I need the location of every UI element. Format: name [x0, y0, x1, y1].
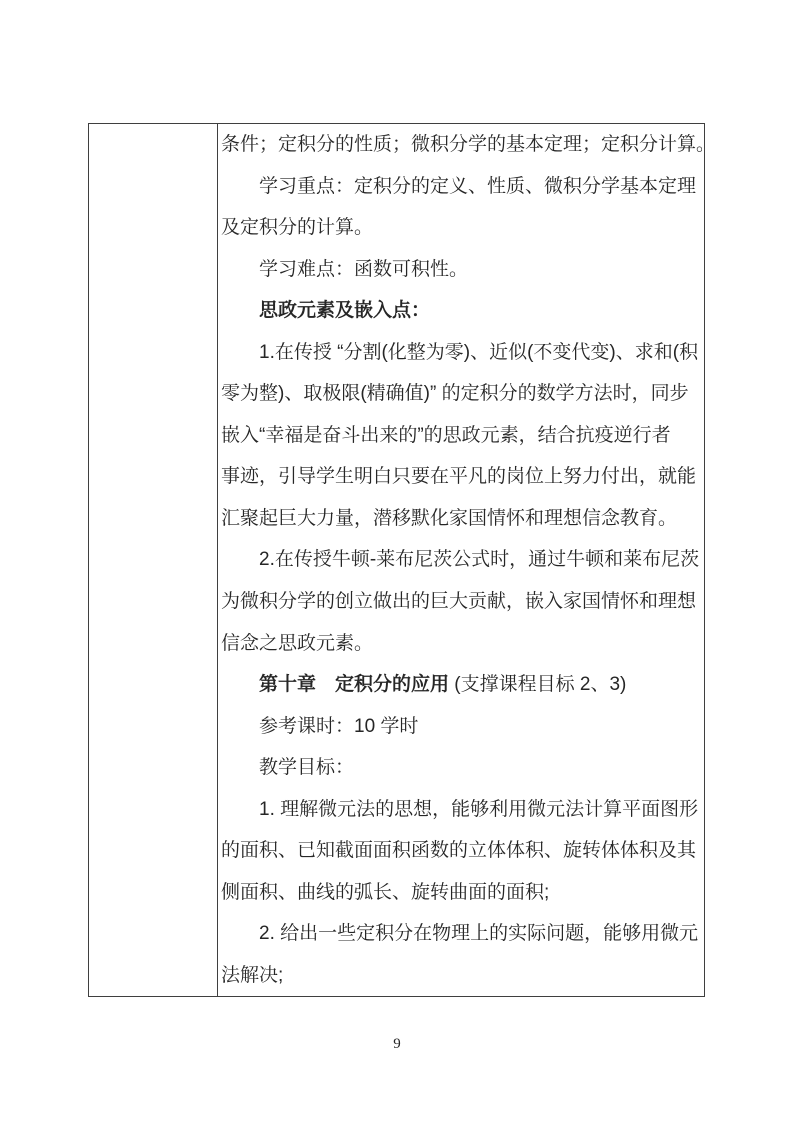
- text-line: 为微积分学的创立做出的巨大贡献，嵌入家国情怀和理想: [221, 581, 702, 623]
- text-line: 1.在传授 “分割(化整为零)、近似(不变代变)、求和(积: [221, 332, 702, 374]
- text-line: 2.在传授牛顿-莱布尼茨公式时，通过牛顿和莱布尼茨: [221, 539, 702, 581]
- text-segment: 教学目标：: [259, 757, 354, 778]
- text-line: 条件；定积分的性质；微积分学的基本定理；定积分计算。: [221, 124, 702, 166]
- text-line: 及定积分的计算。: [221, 207, 702, 249]
- text-segment: 侧面积、曲线的弧长、旋转曲面的面积;: [221, 882, 549, 903]
- text-segment: 的面积、已知截面面积函数的立体体积、旋转体体积及其: [221, 840, 696, 861]
- text-line: 学习难点：函数可积性。: [221, 249, 702, 291]
- text-line: 的面积、已知截面面积函数的立体体积、旋转体体积及其: [221, 830, 702, 872]
- text-segment: 1. 理解微元法的思想，能够利用微元法计算平面图形: [259, 799, 698, 820]
- text-segment: 学习重点：定积分的定义、性质、微积分学基本定理: [259, 176, 696, 197]
- text-segment: 及定积分的计算。: [221, 217, 373, 238]
- text-line: 参考课时：10 学时: [221, 706, 702, 748]
- text-line: 零为整)、取极限(精确值)” 的定积分的数学方法时，同步: [221, 373, 702, 415]
- text-line: 2. 给出一些定积分在物理上的实际问题，能够用微元: [221, 913, 702, 955]
- page-number: 9: [0, 1036, 794, 1053]
- text-segment: 零为整)、取极限(精确值)” 的定积分的数学方法时，同步: [221, 383, 689, 404]
- table-right-cell: 条件；定积分的性质；微积分学的基本定理；定积分计算。学习重点：定积分的定义、性质…: [218, 124, 704, 996]
- bold-text-segment: 第十章 定积分的应用: [259, 674, 449, 695]
- text-segment: 2. 给出一些定积分在物理上的实际问题，能够用微元: [259, 923, 698, 944]
- text-segment: 汇聚起巨大力量，潜移默化家国情怀和理想信念教育。: [221, 508, 677, 529]
- text-segment: 学习难点：函数可积性。: [259, 259, 468, 280]
- text-segment: 法解决;: [221, 965, 283, 986]
- text-line: 侧面积、曲线的弧长、旋转曲面的面积;: [221, 872, 702, 914]
- text-line: 信念之思政元素。: [221, 623, 702, 665]
- text-line: 思政元素及嵌入点：: [221, 290, 702, 332]
- text-segment: 为微积分学的创立做出的巨大贡献，嵌入家国情怀和理想: [221, 591, 696, 612]
- text-segment: (支撑课程目标 2、3): [449, 674, 626, 695]
- text-segment: 1.在传授 “分割(化整为零)、近似(不变代变)、求和(积: [259, 342, 698, 363]
- text-segment: 嵌入“幸福是奋斗出来的”的思政元素，结合抗疫逆行者: [221, 425, 671, 446]
- table-left-cell: [89, 124, 218, 996]
- text-line: 第十章 定积分的应用 (支撑课程目标 2、3): [221, 664, 702, 706]
- document-page: 条件；定积分的性质；微积分学的基本定理；定积分计算。学习重点：定积分的定义、性质…: [0, 0, 794, 1123]
- text-segment: 2.在传授牛顿-莱布尼茨公式时，通过牛顿和莱布尼茨: [259, 549, 699, 570]
- text-segment: 参考课时：10 学时: [259, 716, 418, 737]
- text-line: 汇聚起巨大力量，潜移默化家国情怀和理想信念教育。: [221, 498, 702, 540]
- bold-text-segment: 思政元素及嵌入点：: [259, 300, 430, 321]
- content-table: 条件；定积分的性质；微积分学的基本定理；定积分计算。学习重点：定积分的定义、性质…: [88, 123, 705, 997]
- text-line: 教学目标：: [221, 747, 702, 789]
- text-line: 嵌入“幸福是奋斗出来的”的思政元素，结合抗疫逆行者: [221, 415, 702, 457]
- text-line: 1. 理解微元法的思想，能够利用微元法计算平面图形: [221, 789, 702, 831]
- text-line: 学习重点：定积分的定义、性质、微积分学基本定理: [221, 166, 702, 208]
- text-line: 法解决;: [221, 955, 702, 996]
- text-segment: 事迹，引导学生明白只要在平凡的岗位上努力付出，就能: [221, 466, 696, 487]
- text-line: 事迹，引导学生明白只要在平凡的岗位上努力付出，就能: [221, 456, 702, 498]
- text-segment: 条件；定积分的性质；微积分学的基本定理；定积分计算。: [221, 134, 702, 155]
- text-segment: 信念之思政元素。: [221, 633, 373, 654]
